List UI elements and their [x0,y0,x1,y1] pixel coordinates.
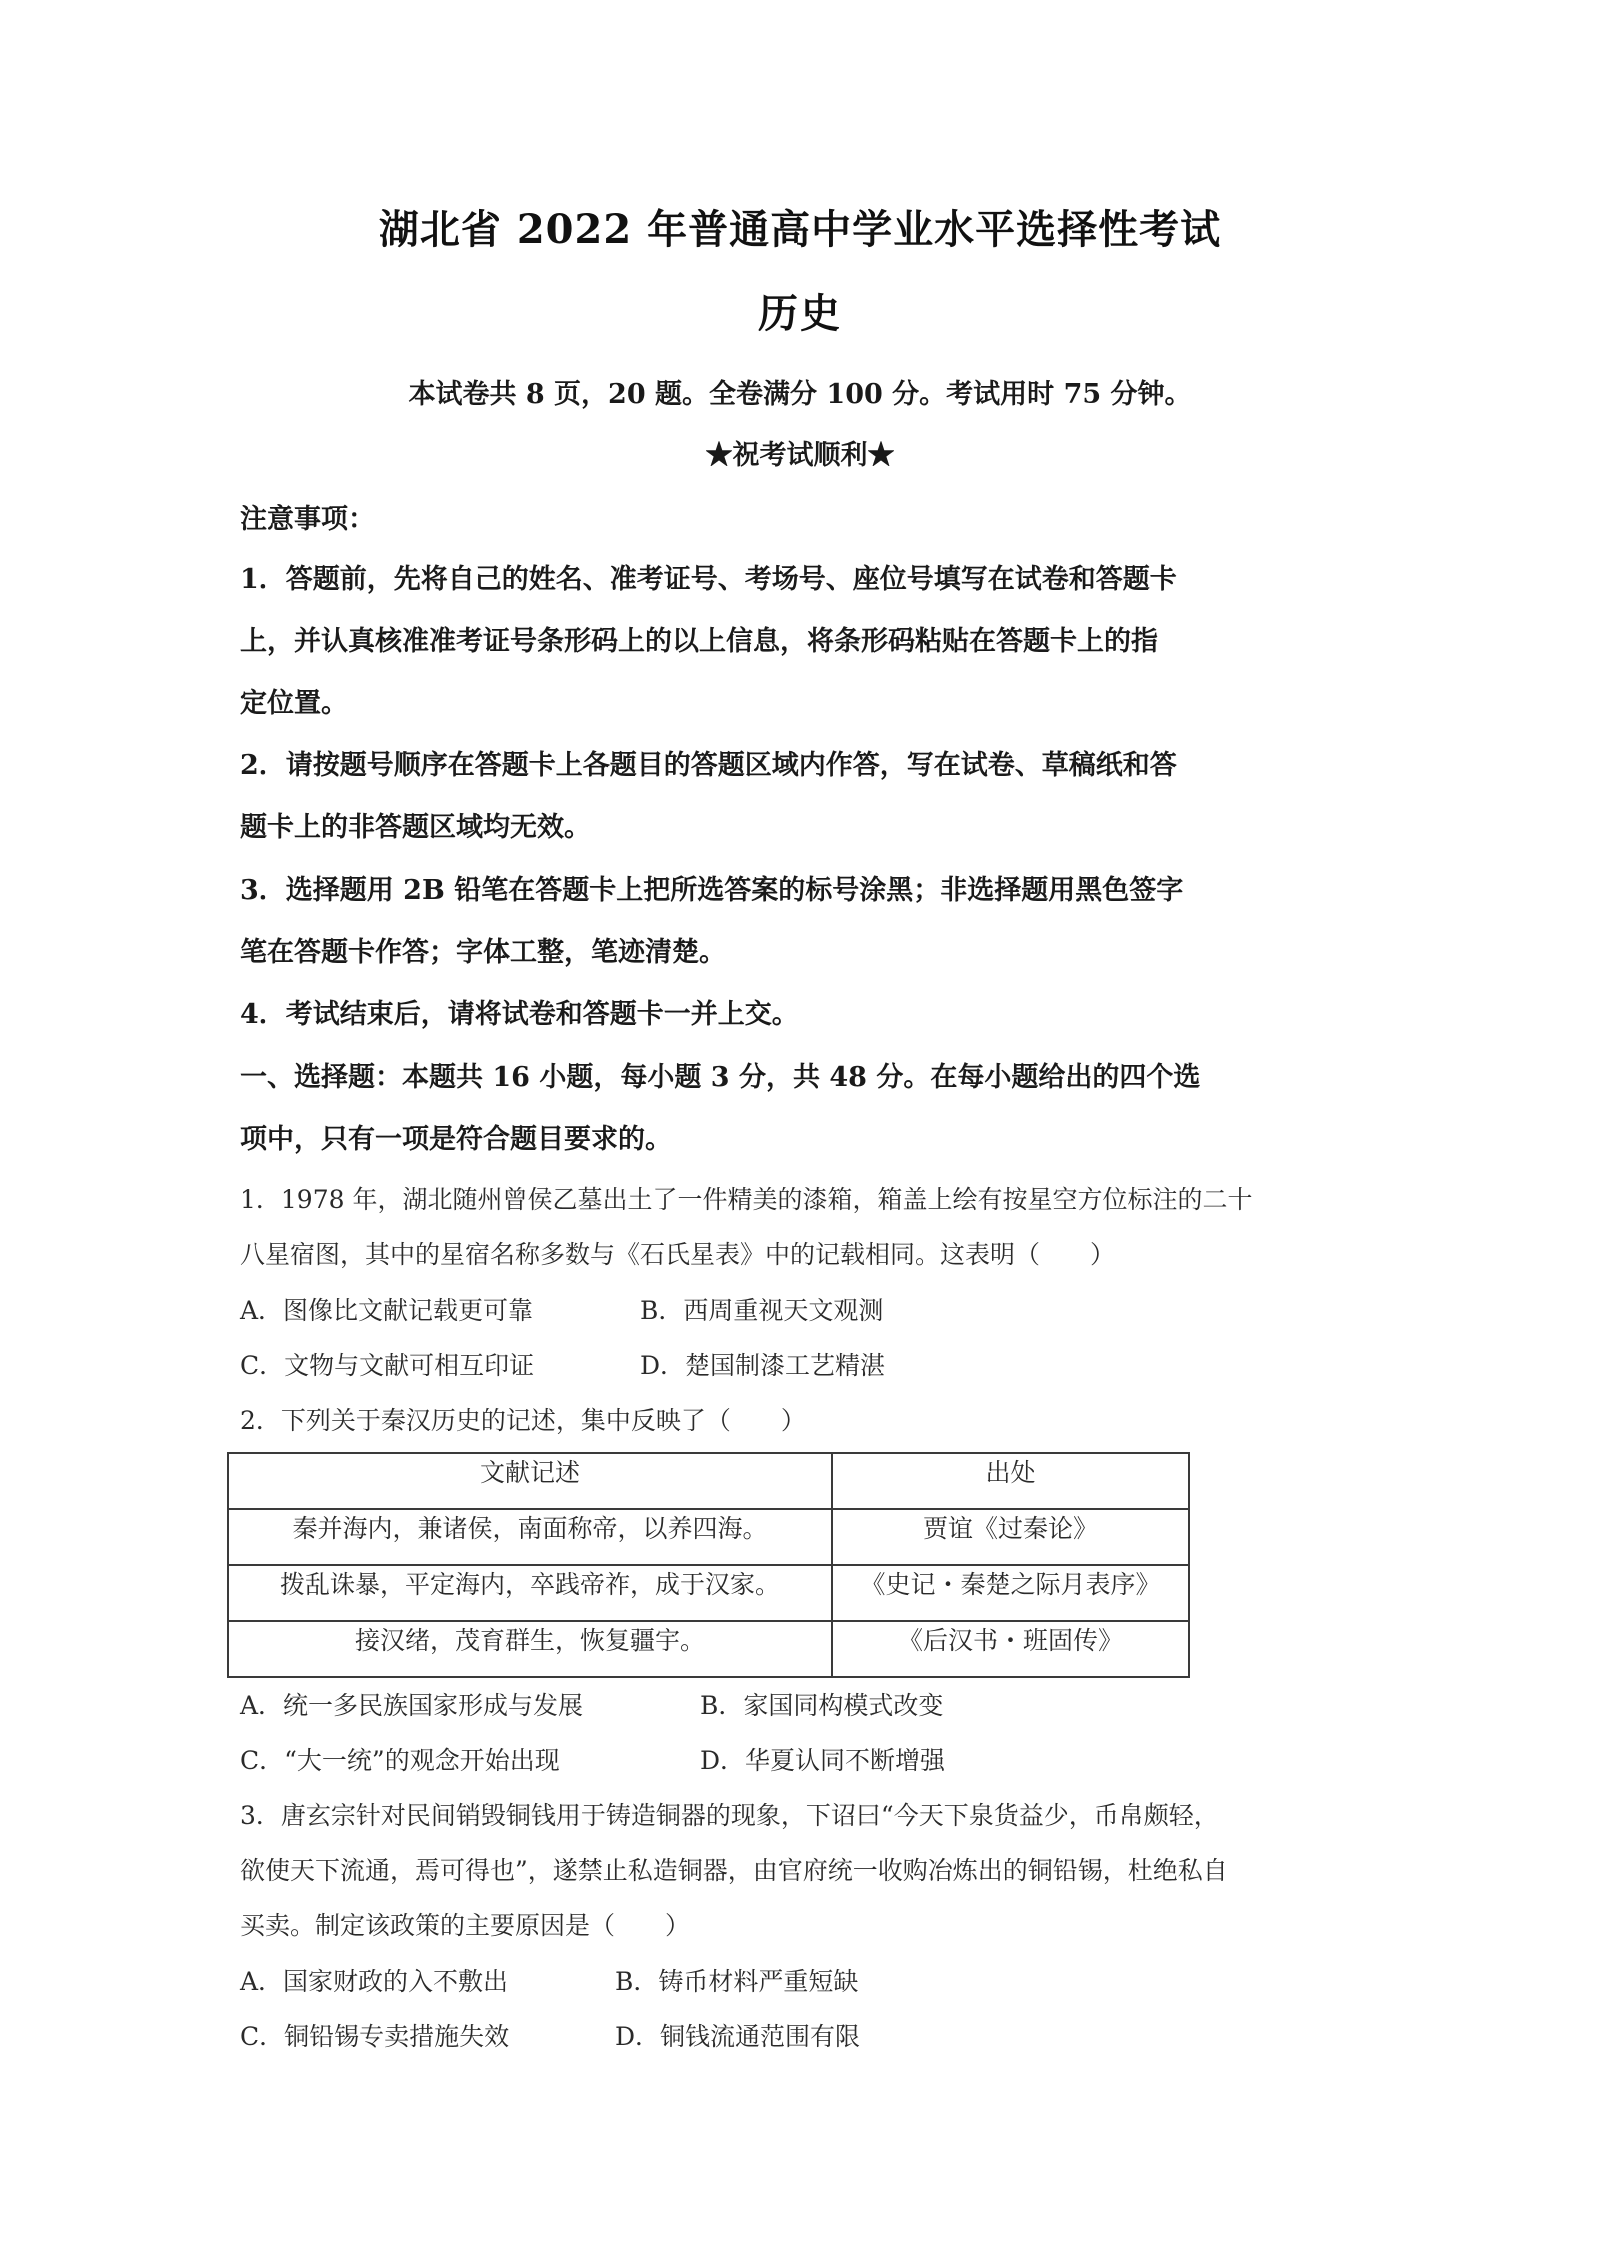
question-2-option-c[interactable]: C．“大一统”的观念开始出现 [240,1741,560,1777]
table-cell: 《后汉书・班固传》 [832,1621,1189,1677]
table-cell: 拨乱诛暴，平定海内，卒践帝祚，成于汉家。 [228,1565,832,1621]
question-2-stem: 2．下列关于秦汉历史的记述，集中反映了（ ） [240,1401,806,1437]
notice-line: 定位置。 [240,681,348,720]
notice-line: 1．答题前，先将自己的姓名、准考证号、考场号、座位号填写在试卷和答题卡 [240,557,1177,596]
question-2-table: 文献记述 出处 秦并海内，兼诸侯，南面称帝，以养四海。 贾谊《过秦论》 拨乱诛暴… [227,1452,1190,1678]
exam-wish: ★祝考试顺利★ [0,433,1600,472]
question-2-option-d[interactable]: D．华夏认同不断增强 [700,1741,945,1777]
question-2-option-b[interactable]: B．家国同构模式改变 [700,1686,943,1722]
question-3-stem: 3．唐玄宗针对民间销毁铜钱用于铸造铜器的现象，下诏曰“今天下泉货益少，币帛颇轻， [240,1796,1219,1832]
question-1-option-c[interactable]: C．文物与文献可相互印证 [240,1346,534,1382]
table-header: 文献记述 [228,1453,832,1509]
table-row: 接汉绪，茂育群生，恢复疆宇。 《后汉书・班固传》 [228,1621,1189,1677]
notice-line: 笔在答题卡作答；字体工整，笔迹清楚。 [240,930,726,969]
exam-page: 湖北省 2022 年普通高中学业水平选择性考试 历史 本试卷共 8 页，20 题… [0,0,1600,2264]
question-3-option-c[interactable]: C．铜铅锡专卖措施失效 [240,2017,509,2053]
table-row: 拨乱诛暴，平定海内，卒践帝祚，成于汉家。 《史记・秦楚之际月表序》 [228,1565,1189,1621]
question-1-stem: 八星宿图，其中的星宿名称多数与《石氏星表》中的记载相同。这表明（ ） [240,1235,1115,1271]
table-cell: 秦并海内，兼诸侯，南面称帝，以养四海。 [228,1509,832,1565]
question-1-stem: 1．1978 年，湖北随州曾侯乙墓出土了一件精美的漆箱，箱盖上绘有按星空方位标注… [240,1180,1252,1216]
question-1-option-b[interactable]: B．西周重视天文观测 [640,1291,883,1327]
question-1-option-a[interactable]: A．图像比文献记载更可靠 [240,1291,533,1327]
question-2-option-a[interactable]: A．统一多民族国家形成与发展 [240,1686,583,1722]
notice-line: 3．选择题用 2B 铅笔在答题卡上把所选答案的标号涂黑；非选择题用黑色签字 [240,868,1183,907]
notice-line: 上，并认真核准准考证号条形码上的以上信息，将条形码粘贴在答题卡上的指 [240,619,1158,658]
question-3-stem: 欲使天下流通，焉可得也”，遂禁止私造铜器，由官府统一收购冶炼出的铜铅锡，杜绝私自 [240,1851,1228,1887]
question-3-option-b[interactable]: B．铸币材料严重短缺 [615,1962,858,1998]
notice-line: 4．考试结束后，请将试卷和答题卡一并上交。 [240,992,799,1031]
section-heading: 一、选择题：本题共 16 小题，每小题 3 分，共 48 分。在每小题给出的四个… [240,1055,1200,1094]
table-header-row: 文献记述 出处 [228,1453,1189,1509]
question-3-option-a[interactable]: A．国家财政的入不敷出 [240,1962,508,1998]
table-header: 出处 [832,1453,1189,1509]
section-heading: 项中，只有一项是符合题目要求的。 [240,1117,672,1156]
notice-heading: 注意事项： [240,497,375,536]
exam-subject: 历史 [0,282,1600,339]
question-1-option-d[interactable]: D．楚国制漆工艺精湛 [640,1346,885,1382]
question-3-option-d[interactable]: D．铜钱流通范围有限 [615,2017,860,2053]
table-row: 秦并海内，兼诸侯，南面称帝，以养四海。 贾谊《过秦论》 [228,1509,1189,1565]
question-3-stem: 买卖。制定该政策的主要原因是（ ） [240,1906,690,1942]
notice-line: 2．请按题号顺序在答题卡上各题目的答题区域内作答，写在试卷、草稿纸和答 [240,743,1177,782]
table-cell: 《史记・秦楚之际月表序》 [832,1565,1189,1621]
table-cell: 贾谊《过秦论》 [832,1509,1189,1565]
exam-title: 湖北省 2022 年普通高中学业水平选择性考试 [0,198,1600,255]
notice-line: 题卡上的非答题区域均无效。 [240,805,591,844]
exam-info: 本试卷共 8 页，20 题。全卷满分 100 分。考试用时 75 分钟。 [0,372,1600,411]
table-cell: 接汉绪，茂育群生，恢复疆宇。 [228,1621,832,1677]
